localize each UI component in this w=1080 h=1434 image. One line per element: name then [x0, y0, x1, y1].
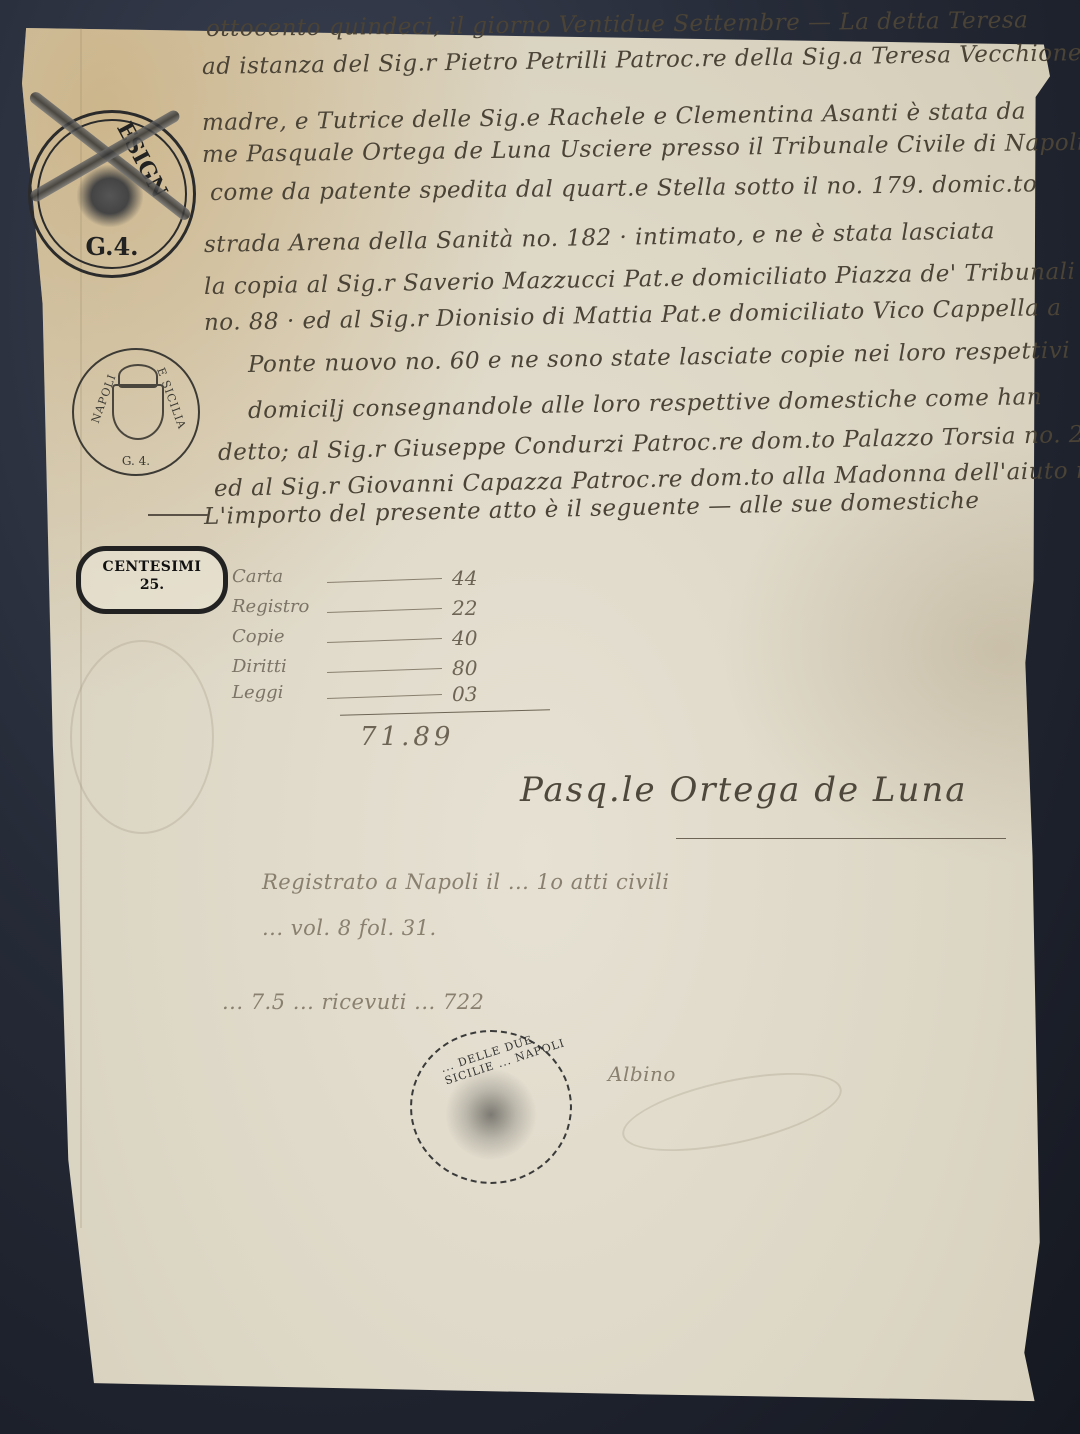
fee-value: 44 [452, 566, 477, 590]
fee-rule [327, 694, 442, 699]
fee-value: 40 [452, 626, 477, 650]
cancelled-eagle-stamp: ESIGN G.4. [28, 110, 196, 278]
napoli-sicilia-stamp: NAPOLI E SICILIA G. 4. [72, 348, 200, 476]
signature: Pasq.le Ortega de Luna [520, 770, 968, 810]
fee-row: Copie 40 [232, 626, 532, 654]
fee-value: 22 [452, 596, 477, 620]
fee-label: Copie [232, 626, 285, 647]
fee-row: Diritti 80 [232, 656, 532, 684]
registrar-note: Albino [608, 1062, 676, 1086]
fee-label: Carta [232, 566, 283, 587]
stamp-value: G. 4. [74, 454, 198, 468]
fee-rule [327, 608, 442, 613]
fee-row: Carta 44 [232, 566, 532, 594]
fee-label: Leggi [232, 682, 283, 703]
fee-rule [327, 638, 442, 643]
fee-row: Registro 22 [232, 596, 532, 624]
centesimi-oval-stamp: CENTESIMI 25. [76, 546, 228, 614]
oval-stamp-line2: 25. [81, 577, 223, 593]
embossed-seal-ghost [70, 640, 214, 834]
shield-icon [112, 384, 164, 440]
fee-total: 71.89 [360, 722, 454, 752]
oval-stamp-line1: CENTESIMI [81, 559, 223, 575]
margin-dash [148, 514, 208, 516]
fee-label: Diritti [232, 656, 287, 677]
fee-value: 80 [452, 656, 477, 680]
fee-rule [327, 578, 442, 583]
fee-rule [327, 668, 442, 673]
signature-underline [676, 838, 1006, 839]
fee-label: Registro [232, 596, 309, 617]
registration-note-2: ... vol. 8 fol. 31. [262, 916, 437, 940]
fee-row: Leggi 03 [232, 682, 532, 710]
stamp-value: G.4. [31, 232, 193, 261]
fee-value: 03 [452, 682, 477, 706]
royal-registry-seal: ... DELLE DUE SICILIE ... NAPOLI [410, 1030, 572, 1184]
registration-note-3: ... 7.5 ... ricevuti ... 722 [222, 990, 484, 1014]
registration-note-1: Registrato a Napoli il ... 1o atti civil… [262, 870, 669, 894]
